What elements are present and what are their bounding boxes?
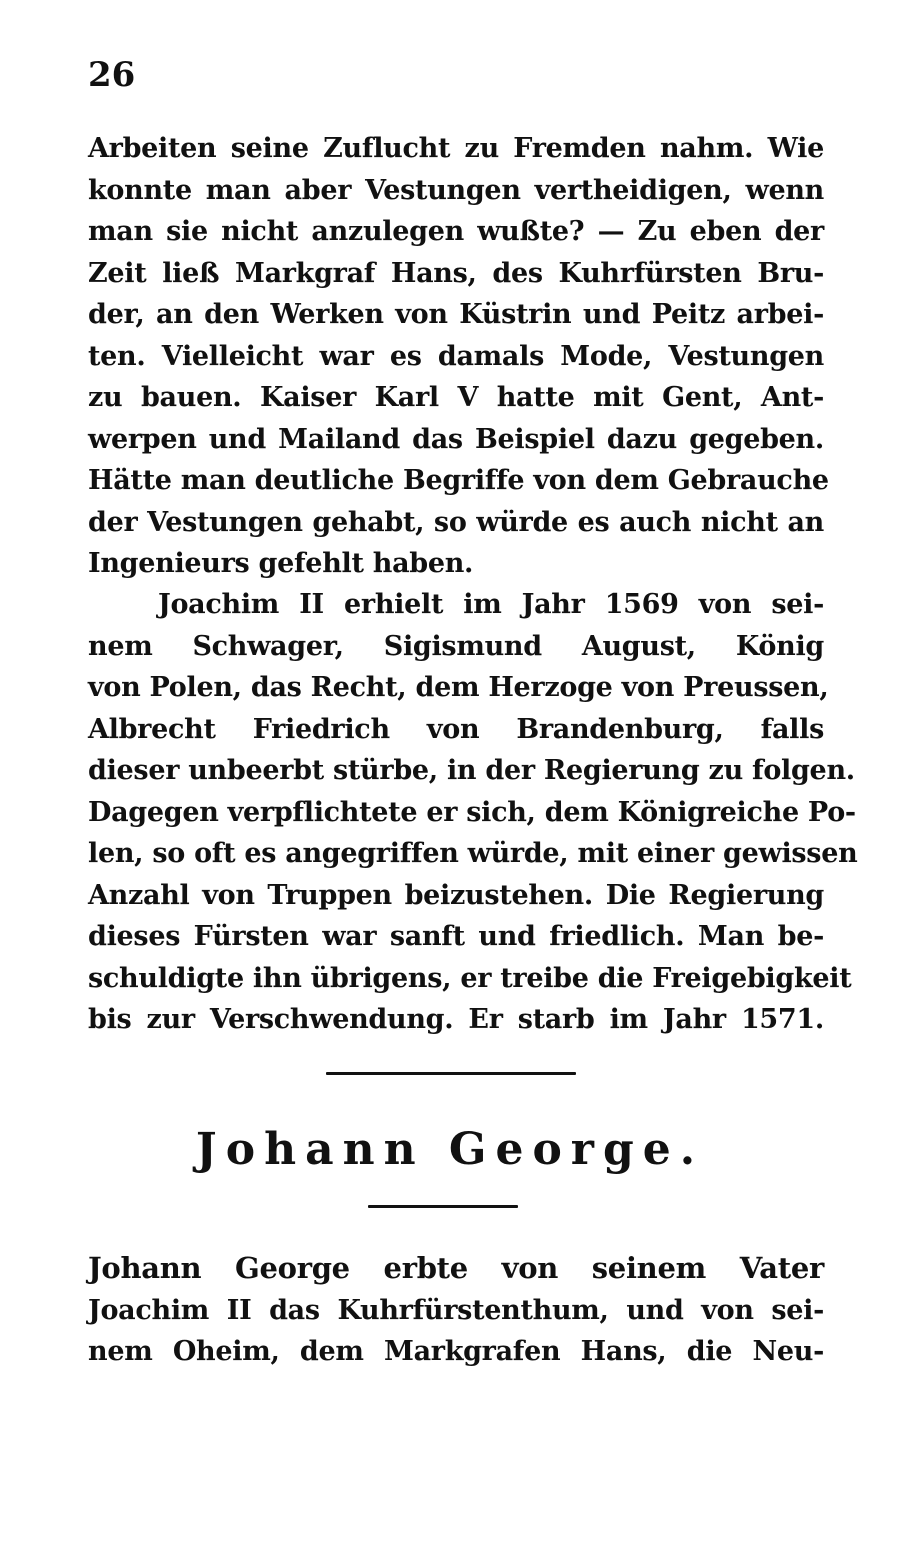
text-line: dieses Fürsten war sanft und friedlich. … <box>88 916 824 958</box>
text-line: nem Oheim, dem Markgrafen Hans, die Neu- <box>88 1331 824 1373</box>
text-line: Albrecht Friedrich von Brandenburg, fall… <box>88 709 824 751</box>
section-rule-bottom <box>368 1205 518 1208</box>
section-title: Johann George. <box>0 1128 900 1172</box>
text-line: man sie nicht anzulegen wußte? — Zu eben… <box>88 211 824 253</box>
text-line: dieser unbeerbt stürbe, in der Regierung… <box>88 750 824 792</box>
text-line: der Vestungen gehabt, so würde es auch n… <box>88 502 824 544</box>
text-line: Hätte man deutliche Begriffe von dem Geb… <box>88 460 824 502</box>
text-line: werpen und Mailand das Beispiel dazu geg… <box>88 419 824 461</box>
text-line: zu bauen. Kaiser Karl V hatte mit Gent, … <box>88 377 824 419</box>
paragraph-johann-george: Johann George erbte von seinem Vater Joa… <box>88 1248 824 1373</box>
text-line: Anzahl von Truppen beizustehen. Die Regi… <box>88 875 824 917</box>
text-line: konnte man aber Vestungen vertheidigen, … <box>88 170 824 212</box>
text-line: Zeit ließ Markgraf Hans, des Kuhrfürsten… <box>88 253 824 295</box>
text-line: Arbeiten seine Zuflucht zu Fremden nahm.… <box>88 128 824 170</box>
text-line: Dagegen verpflichtete er sich, dem König… <box>88 792 824 834</box>
text-line: Joachim II das Kuhrfürstenthum, und von … <box>88 1290 824 1332</box>
text-line: Joachim II erhielt im Jahr 1569 von sei- <box>88 584 824 626</box>
text-line: von Polen, das Recht, dem Herzoge von Pr… <box>88 667 824 709</box>
text-line: nem Schwager, Sigismund August, König <box>88 626 824 668</box>
text-line: der, an den Werken von Küstrin und Peitz… <box>88 294 824 336</box>
text-line: bis zur Verschwendung. Er starb im Jahr … <box>88 999 824 1041</box>
text-line: len, so oft es angegriffen würde, mit ei… <box>88 833 824 875</box>
text-line: Johann George erbte von seinem Vater <box>88 1248 824 1290</box>
page-number: 26 <box>88 58 135 92</box>
text-line: Ingenieurs gefehlt haben. <box>88 543 824 585</box>
section-rule-top <box>326 1072 576 1075</box>
paragraph-joachim-ii: Joachim II erhielt im Jahr 1569 von sei-… <box>88 584 824 1041</box>
text-line: schuldigte ihn übrigens, er treibe die F… <box>88 958 824 1000</box>
text-line: ten. Vielleicht war es damals Mode, Vest… <box>88 336 824 378</box>
paragraph-fortresses: Arbeiten seine Zuflucht zu Fremden nahm.… <box>88 128 824 585</box>
